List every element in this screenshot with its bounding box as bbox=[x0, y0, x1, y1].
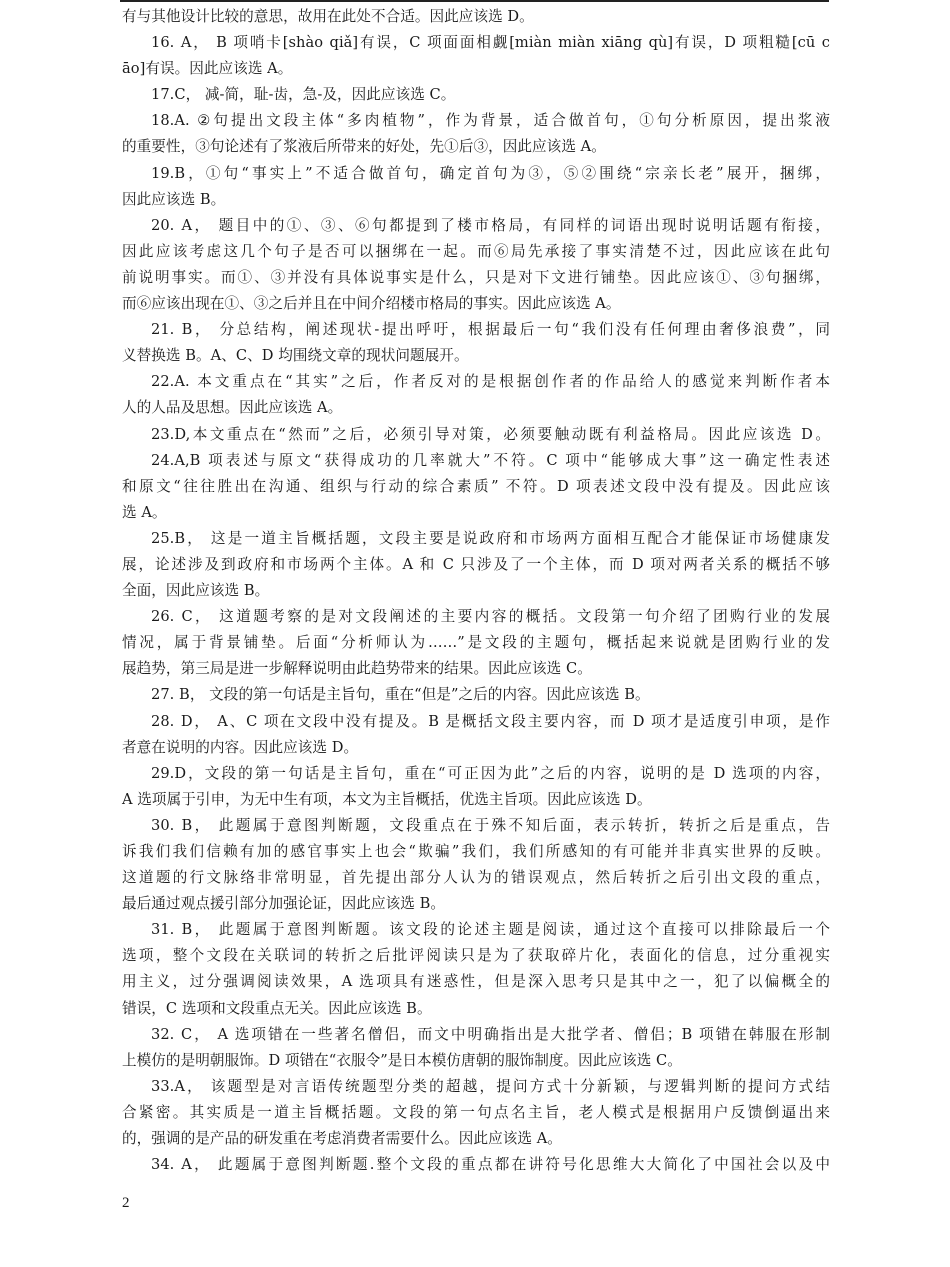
text-line: 而⑥应该出现在①、③之后并且在中间介绍楼市格局的事实。因此应该选 A。 bbox=[122, 291, 830, 317]
text-line: 最后通过观点援引部分加强论证，因此应该选 B。 bbox=[122, 891, 830, 917]
text-line: 因此应该考虑这几个句子是否可以捆绑在一起。而⑥局先承接了事实清楚不过，因此应该在… bbox=[122, 239, 830, 265]
text-line: 诉我们我们信赖有加的感官事实上也会“欺骗”我们，我们所感知的有可能并非真实世界的… bbox=[122, 839, 830, 865]
text-line: 23.D,本文重点在“然而”之后，必须引导对策，必须要触动既有利益格局。因此应该… bbox=[122, 422, 830, 448]
text-line: 这道题的行文脉络非常明显，首先提出部分人认为的错误观点，然后转折之后引出文段的重… bbox=[122, 865, 830, 891]
text-line: 全面，因此应该选 B。 bbox=[122, 578, 830, 604]
text-line: āo]有误。因此应该选 A。 bbox=[122, 56, 830, 82]
text-line: 情况，属于背景铺垫。后面“分析师认为……”是文段的主题句，概括起来说就是团购行业… bbox=[122, 630, 830, 656]
text-line: 22.A. 本文重点在“其实”之后，作者反对的是根据创作者的作品给人的感觉来判断… bbox=[122, 369, 830, 395]
text-line: 选项，整个文段在关联词的转折之后批评阅读只是为了获取碎片化，表面化的信息，过分重… bbox=[122, 943, 830, 969]
text-line: 18.A. ②句提出文段主体“多肉植物”，作为背景，适合做首句，①句分析原因，提… bbox=[122, 108, 830, 134]
text-line: 16. A， B 项哨卡[shào qiǎ]有误，C 项面面相觑[miàn mi… bbox=[122, 30, 830, 56]
text-line: 者意在说明的内容。因此应该选 D。 bbox=[122, 735, 830, 761]
text-line: 31. B， 此题属于意图判断题。该文段的论述主题是阅读，通过这个直接可以排除最… bbox=[122, 917, 830, 943]
text-line: 展，论述涉及到政府和市场两个主体。A 和 C 只涉及了一个主体，而 D 项对两者… bbox=[122, 552, 830, 578]
page-number: 2 bbox=[122, 1193, 130, 1213]
text-line: 前说明事实。而①、③并没有具体说事实是什么，只是对下文进行铺垫。因此应该①、③句… bbox=[122, 265, 830, 291]
text-line: 的重要性，③句论述有了浆液后所带来的好处，先①后③，因此应该选 A。 bbox=[122, 134, 830, 160]
text-line: 的，强调的是产品的研发重在考虑消费者需要什么。因此应该选 A。 bbox=[122, 1126, 830, 1152]
header-rule bbox=[120, 0, 829, 2]
text-line: 合紧密。其实质是一道主旨概括题。文段的第一句点名主旨，老人模式是根据用户反馈倒逼… bbox=[122, 1100, 830, 1126]
text-line: 20. A， 题目中的①、③、⑥句都提到了楼市格局，有同样的词语出现时说明话题有… bbox=[122, 213, 830, 239]
text-line: 25.B， 这是一道主旨概括题，文段主要是说政府和市场两方面相互配合才能保证市场… bbox=[122, 526, 830, 552]
document-page: 有与其他设计比较的意思，故用在此处不合适。因此应该选 D。16. A， B 项哨… bbox=[0, 0, 950, 1267]
text-line: 上模仿的是明朝服饰。D 项错在“衣服令”是日本模仿唐朝的服饰制度。因此应该选 C… bbox=[122, 1048, 830, 1074]
text-line: 选 A。 bbox=[122, 500, 830, 526]
text-line: 28. D， A、C 项在文段中没有提及。B 是概括文段主要内容，而 D 项才是… bbox=[122, 709, 830, 735]
text-line: 有与其他设计比较的意思，故用在此处不合适。因此应该选 D。 bbox=[122, 4, 830, 30]
text-line: 26. C， 这道题考察的是对文段阐述的主要内容的概括。文段第一句介绍了团购行业… bbox=[122, 604, 830, 630]
text-line: 17.C， 减-简，耻-齿，急-及，因此应该选 C。 bbox=[122, 82, 830, 108]
text-line: 29.D，文段的第一句话是主旨句，重在“可正因为此”之后的内容，说明的是 D 选… bbox=[122, 761, 830, 787]
text-line: 24.A,B 项表述与原文“获得成功的几率就大”不符。C 项中“能够成大事”这一… bbox=[122, 448, 830, 474]
text-line: 21. B， 分总结构，阐述现状-提出呼吁，根据最后一句“我们没有任何理由奢侈浪… bbox=[122, 317, 830, 343]
text-line: 因此应该选 B。 bbox=[122, 187, 830, 213]
text-line: 32. C， A 选项错在一些著名僧侣，而文中明确指出是大批学者、僧侣；B 项错… bbox=[122, 1022, 830, 1048]
text-line: 27. B， 文段的第一句话是主旨句，重在“但是”之后的内容。因此应该选 B。 bbox=[122, 682, 830, 708]
text-line: 19.B，①句“事实上”不适合做首句，确定首句为③，⑤②围绕“宗亲长老”展开，捆… bbox=[122, 161, 830, 187]
text-line: 用主义，过分强调阅读效果，A 选项具有迷惑性，但是深入思考只是其中之一，犯了以偏… bbox=[122, 969, 830, 995]
answer-explanations: 有与其他设计比较的意思，故用在此处不合适。因此应该选 D。16. A， B 项哨… bbox=[122, 4, 830, 1178]
text-line: 30. B， 此题属于意图判断题，文段重点在于殊不知后面，表示转折，转折之后是重… bbox=[122, 813, 830, 839]
text-line: A 选项属于引申，为无中生有项，本文为主旨概括，优选主旨项。因此应该选 D。 bbox=[122, 787, 830, 813]
text-line: 义替换选 B。A、C、D 均围绕文章的现状问题展开。 bbox=[122, 343, 830, 369]
text-line: 33.A， 该题型是对言语传统题型分类的超越，提问方式十分新颖，与逻辑判断的提问… bbox=[122, 1074, 830, 1100]
text-line: 人的人品及思想。因此应该选 A。 bbox=[122, 395, 830, 421]
text-line: 展趋势，第三局是进一步解释说明由此趋势带来的结果。因此应该选 C。 bbox=[122, 656, 830, 682]
text-line: 错误，C 选项和文段重点无关。因此应该选 B。 bbox=[122, 996, 830, 1022]
text-line: 和原文“往往胜出在沟通、组织与行动的综合素质” 不符。D 项表述文段中没有提及。… bbox=[122, 474, 830, 500]
text-line: 34. A， 此题属于意图判断题.整个文段的重点都在讲符号化思维大大简化了中国社… bbox=[122, 1152, 830, 1178]
